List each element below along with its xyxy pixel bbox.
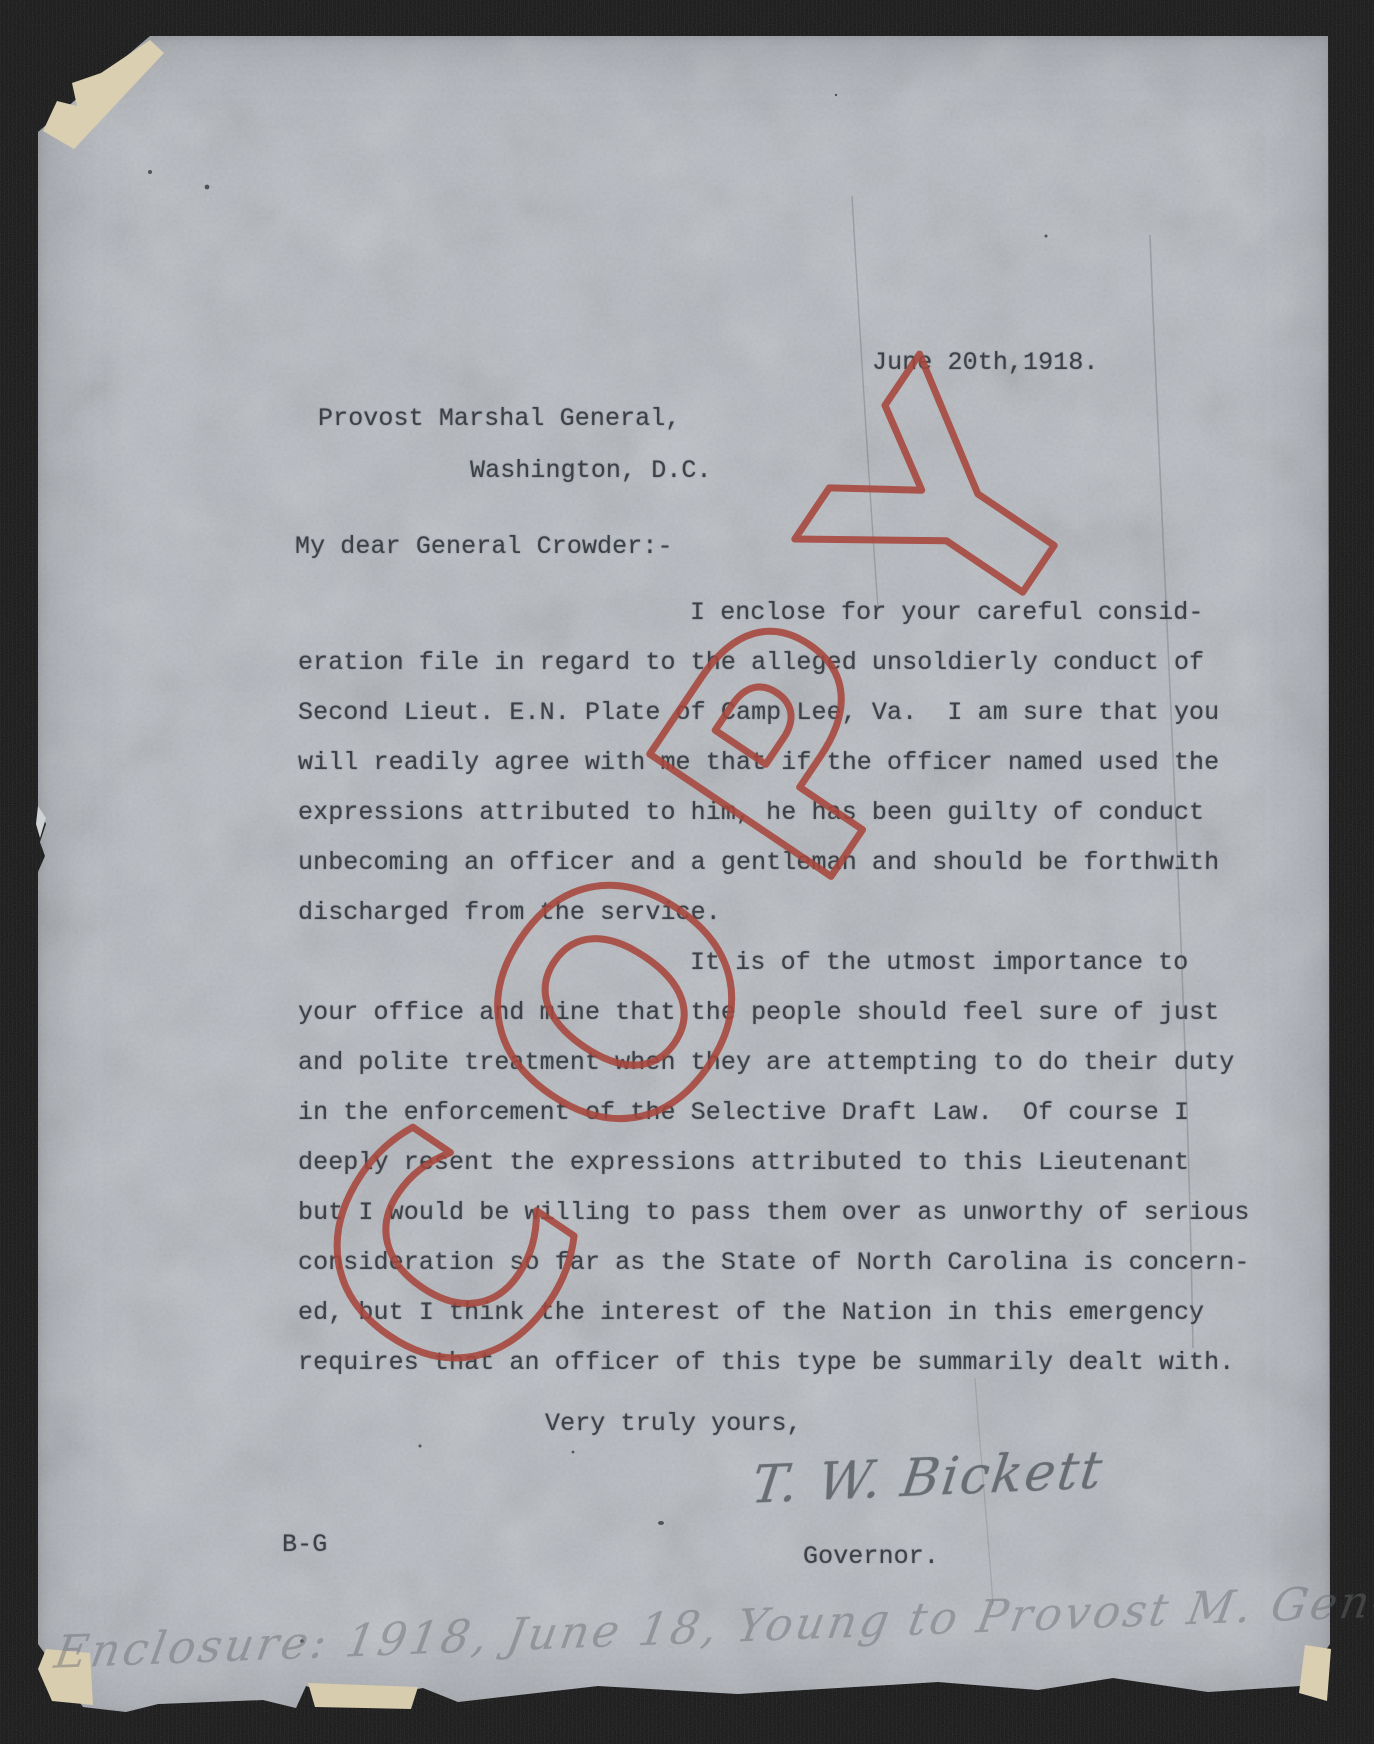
scanned-letter-photograph: June 20th,1918. Provost Marshal General,… <box>0 0 1374 1744</box>
body-line: consideration so far as the State of Nor… <box>298 1248 1249 1278</box>
recipient-line: Provost Marshal General, <box>318 404 680 434</box>
body-line: unbecoming an officer and a gentleman an… <box>298 848 1219 878</box>
body-line: your office and mine that the people sho… <box>298 998 1219 1028</box>
salutation: My dear General Crowder:- <box>295 532 673 562</box>
body-line: will readily agree with me that if the o… <box>298 748 1219 778</box>
recipient-line: Washington, D.C. <box>470 456 712 486</box>
body-line: but I would be willing to pass them over… <box>298 1198 1249 1228</box>
body-line: discharged from the service. <box>298 898 721 928</box>
body-line: and polite treatment when they are attem… <box>298 1048 1234 1078</box>
reference-initials: B-G <box>282 1530 327 1560</box>
body-line: ed, but I think the interest of the Nati… <box>298 1298 1204 1328</box>
body-line: expressions attributed to him, he has be… <box>298 798 1204 828</box>
date-line: June 20th,1918. <box>872 348 1099 378</box>
body-line: It is of the utmost importance to <box>690 948 1188 978</box>
body-line: deeply resent the expressions attributed… <box>298 1148 1189 1178</box>
signature-title: Governor. <box>803 1542 939 1572</box>
body-line: requires that an officer of this type be… <box>298 1348 1234 1378</box>
body-line: eration file in regard to the alleged un… <box>298 648 1204 678</box>
closing-line: Very truly yours, <box>545 1409 802 1439</box>
body-line: I enclose for your careful consid- <box>690 598 1203 628</box>
body-line: Second Lieut. E.N. Plate of Camp Lee, Va… <box>298 698 1219 728</box>
body-line: in the enforcement of the Selective Draf… <box>298 1098 1189 1128</box>
